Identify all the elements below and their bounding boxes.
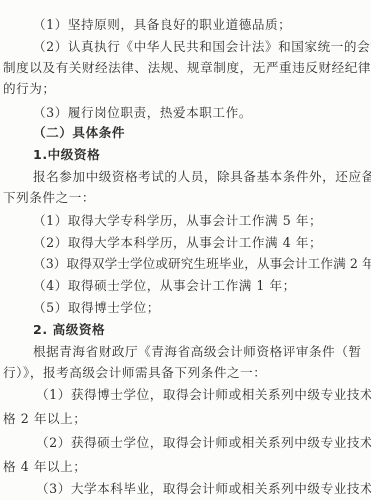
intermediate-intro-end: 下列条件之一： [3,190,95,206]
requirement-1-principles: （1）坚持原则，具备良好的职业道德品质； [33,17,291,33]
senior-item-1-end: 格 2 年以上； [3,411,86,427]
requirement-2-continuation: 制度以及有关财经法律、法规、规章制度，无严重违反财经纪律 [3,60,371,76]
senior-item-2-end: 格 4 年以上； [3,459,86,475]
senior-intro: 根据青海省财政厅《青海省高级会计师资格评审条件（暂 [33,344,362,360]
senior-item-2: （2）获得硕士学位，取得会计师或相关系列中级专业技术资 [36,435,371,451]
intermediate-item-3: （3）取得双学士学位或研究生班毕业，从事会计工作满 2 年； [33,256,371,272]
senior-intro-end: 行）》，报考高级会计师需具备下列条件之一： [3,365,266,381]
intermediate-item-4: （4）取得硕士学位，从事会计工作满 1 年； [33,278,296,294]
section-heading-specific-conditions: （二）具体条件 [33,125,125,141]
senior-item-1: （1）获得博士学位，取得会计师或相关系列中级专业技术资 [36,387,371,403]
intermediate-item-2: （2）取得大学本科学历，从事会计工作满 4 年； [33,235,322,251]
intermediate-intro: 报名参加中级资格考试的人员，除具备基本条件外，还应备 [33,169,371,185]
intermediate-item-5: （5）取得博士学位； [33,300,160,316]
requirement-3-duties: （3）履行岗位职责，热爱本职工作。 [33,105,252,121]
requirement-2-accounting-law: （2）认真执行《中华人民共和国会计法》和国家统一的会计 [33,39,371,55]
intermediate-item-1: （1）取得大学专科学历，从事会计工作满 5 年； [33,213,322,229]
subheading-intermediate-qualification: 1.中级资格 [33,147,100,163]
senior-item-3: （3）大学本科毕业，取得会计师或相关系列中级专业技术资 [36,481,371,497]
requirement-2-end: 的行为； [3,81,56,97]
subheading-senior-qualification: 2. 高级资格 [33,322,105,338]
